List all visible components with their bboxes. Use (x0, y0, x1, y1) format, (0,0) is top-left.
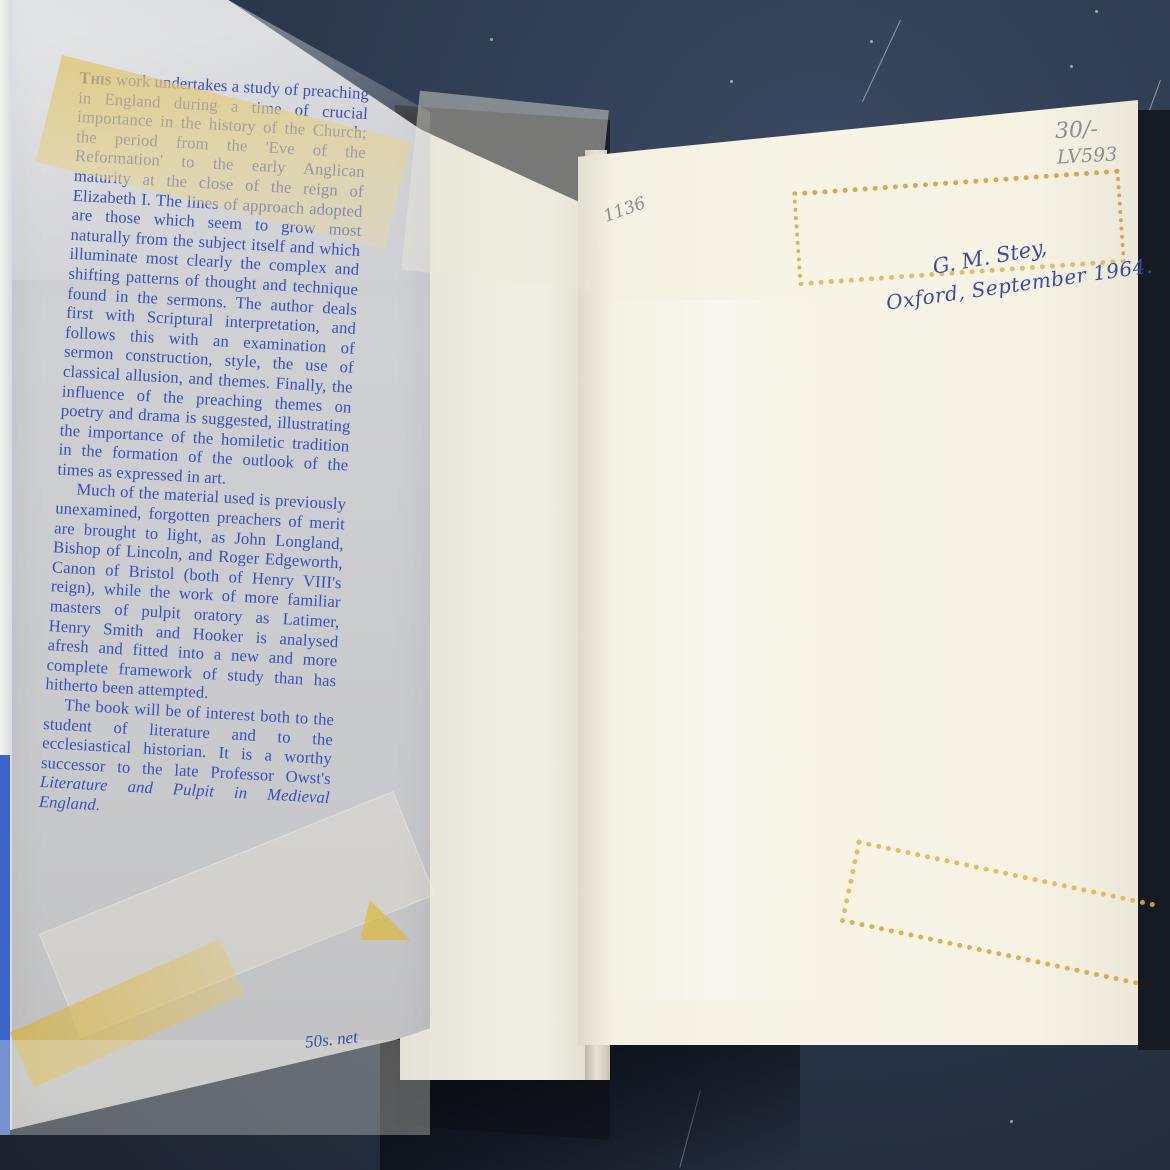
blurb-paragraph-1: This work undertakes a study of preachin… (57, 68, 370, 495)
surface-speck (1070, 65, 1073, 68)
pencil-price: 30/- (1054, 117, 1098, 144)
blurb-end-punct: . (95, 795, 100, 814)
page-sheen (600, 300, 830, 1000)
surface-speck (490, 38, 493, 41)
flap-blurb: This work undertakes a study of preachin… (38, 68, 369, 828)
surface-speck (1010, 1120, 1013, 1123)
jacket-spine-blue (0, 755, 10, 1135)
surface-speck (870, 40, 873, 43)
blurb-paragraph-3: The book will be of interest both to the… (38, 694, 334, 828)
surface-speck (1095, 10, 1098, 13)
surface-speck (730, 80, 733, 83)
pencil-stock-code: LV593 (1056, 143, 1117, 168)
blurb-lead-word: This (79, 68, 112, 89)
blurb-paragraph-2: Much of the material used is previously … (45, 479, 347, 710)
blurb-paragraph-1-text: work undertakes a study of preaching in … (57, 70, 369, 488)
